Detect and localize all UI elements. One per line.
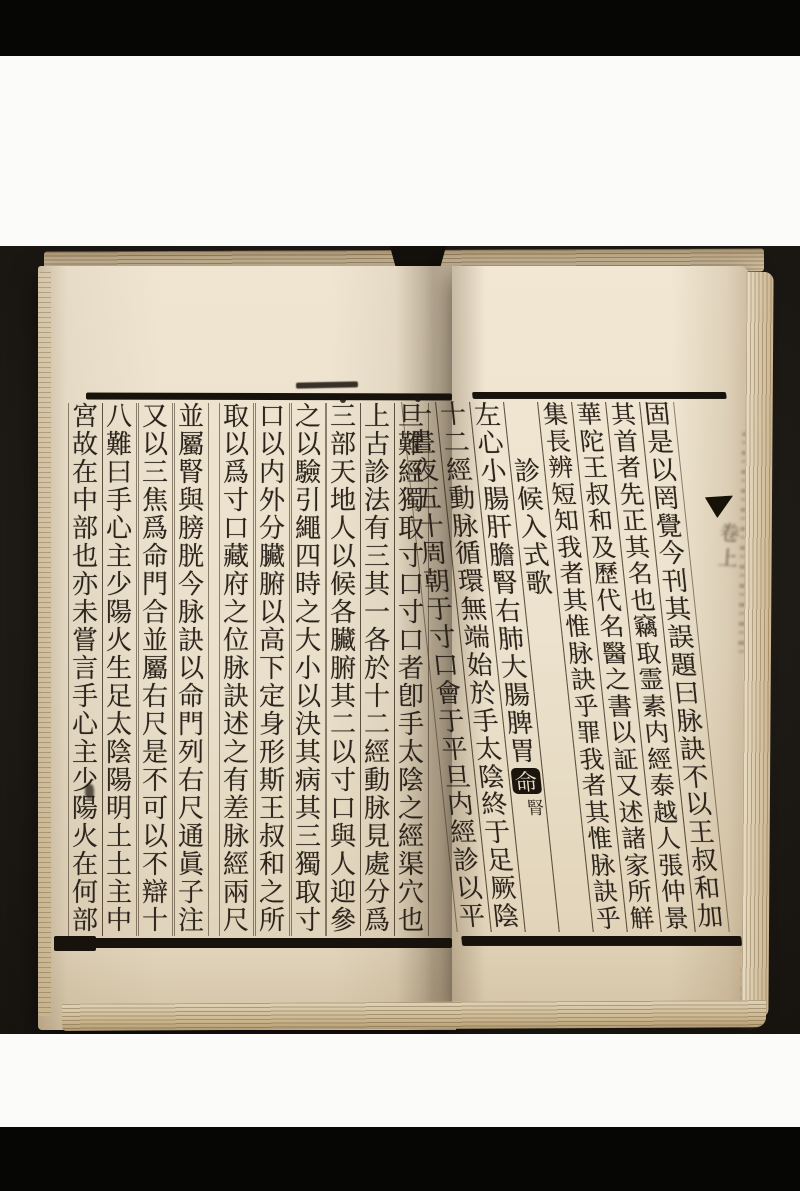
right-page-text-block: 固是以罔覺今刊其誤題曰脉訣不以王叔和加其首者先正其名也竊取霊素内經泰越人張仲景華… — [406, 392, 794, 943]
fore-edge-page-stack — [741, 272, 773, 1018]
right-page-columns: 固是以罔覺今刊其誤題曰脉訣不以王叔和加其首者先正其名也竊取霊素内經泰越人張仲景華… — [407, 402, 793, 932]
text-column: 口以内外分臟腑以高下定身形斯王叔和之所 — [255, 403, 290, 936]
bottom-page-stack — [62, 1000, 766, 1031]
reading-dot — [414, 396, 421, 402]
scanned-book-photograph: 旦難經獨取寸口寸口者卽手太陰之經渠穴也上古診法有三其一各於十二經動脉見處分爲三部… — [0, 0, 800, 1191]
bottom-edge-lines — [62, 1000, 766, 1031]
bottom-black-bar — [0, 1127, 800, 1191]
left-page-bottom-border-blob — [54, 936, 96, 951]
text-column: 並屬腎與膀胱今脉訣以命門列右尺通眞子注 — [174, 403, 209, 936]
bottom-white-margin — [0, 1034, 800, 1127]
ink-smudge — [85, 784, 94, 799]
text-column: 取以爲寸口藏府之位脉訣述之有差脉經兩尺 — [219, 403, 254, 936]
text-column: 上古診法有三其一各於十二經動脉見處分爲 — [360, 403, 395, 936]
left-page-top-border — [86, 393, 452, 401]
right-page-top-border — [472, 392, 727, 399]
text-column: 又以三焦爲命門合並屬右尺是不可以不辯十 — [138, 403, 173, 936]
right-page-bottom-border — [461, 936, 742, 946]
fore-edge-lines — [741, 272, 773, 1018]
top-white-margin — [0, 56, 800, 246]
left-page-under-edges — [38, 272, 51, 1016]
inverted-character-mingmen: 命 — [510, 768, 542, 794]
photo-area: 旦難經獨取寸口寸口者卽手太陰之經渠穴也上古診法有三其一各於十二經動脉見處分爲三部… — [0, 246, 800, 1034]
small-annotation-character: 腎 — [526, 798, 546, 820]
reading-dot — [340, 397, 346, 403]
text-column: 八難曰手心主少陽火生足太陰陽明土土主中 — [102, 403, 137, 936]
text-column: 三部天地人以候各臟腑其二以寸口與人迎參 — [326, 403, 361, 936]
left-page-bottom-border — [56, 938, 452, 948]
left-page-text-block: 旦難經獨取寸口寸口者卽手太陰之經渠穴也上古診法有三其一各於十二經動脉見處分爲三部… — [60, 403, 452, 936]
text-column: 宮故在中部也亦未嘗言手心主少陽火在何部 — [68, 403, 103, 936]
text-column: 之以驗引繩四時之大小以決其病其三獨取寸 — [291, 403, 326, 936]
top-black-bar — [0, 0, 800, 56]
